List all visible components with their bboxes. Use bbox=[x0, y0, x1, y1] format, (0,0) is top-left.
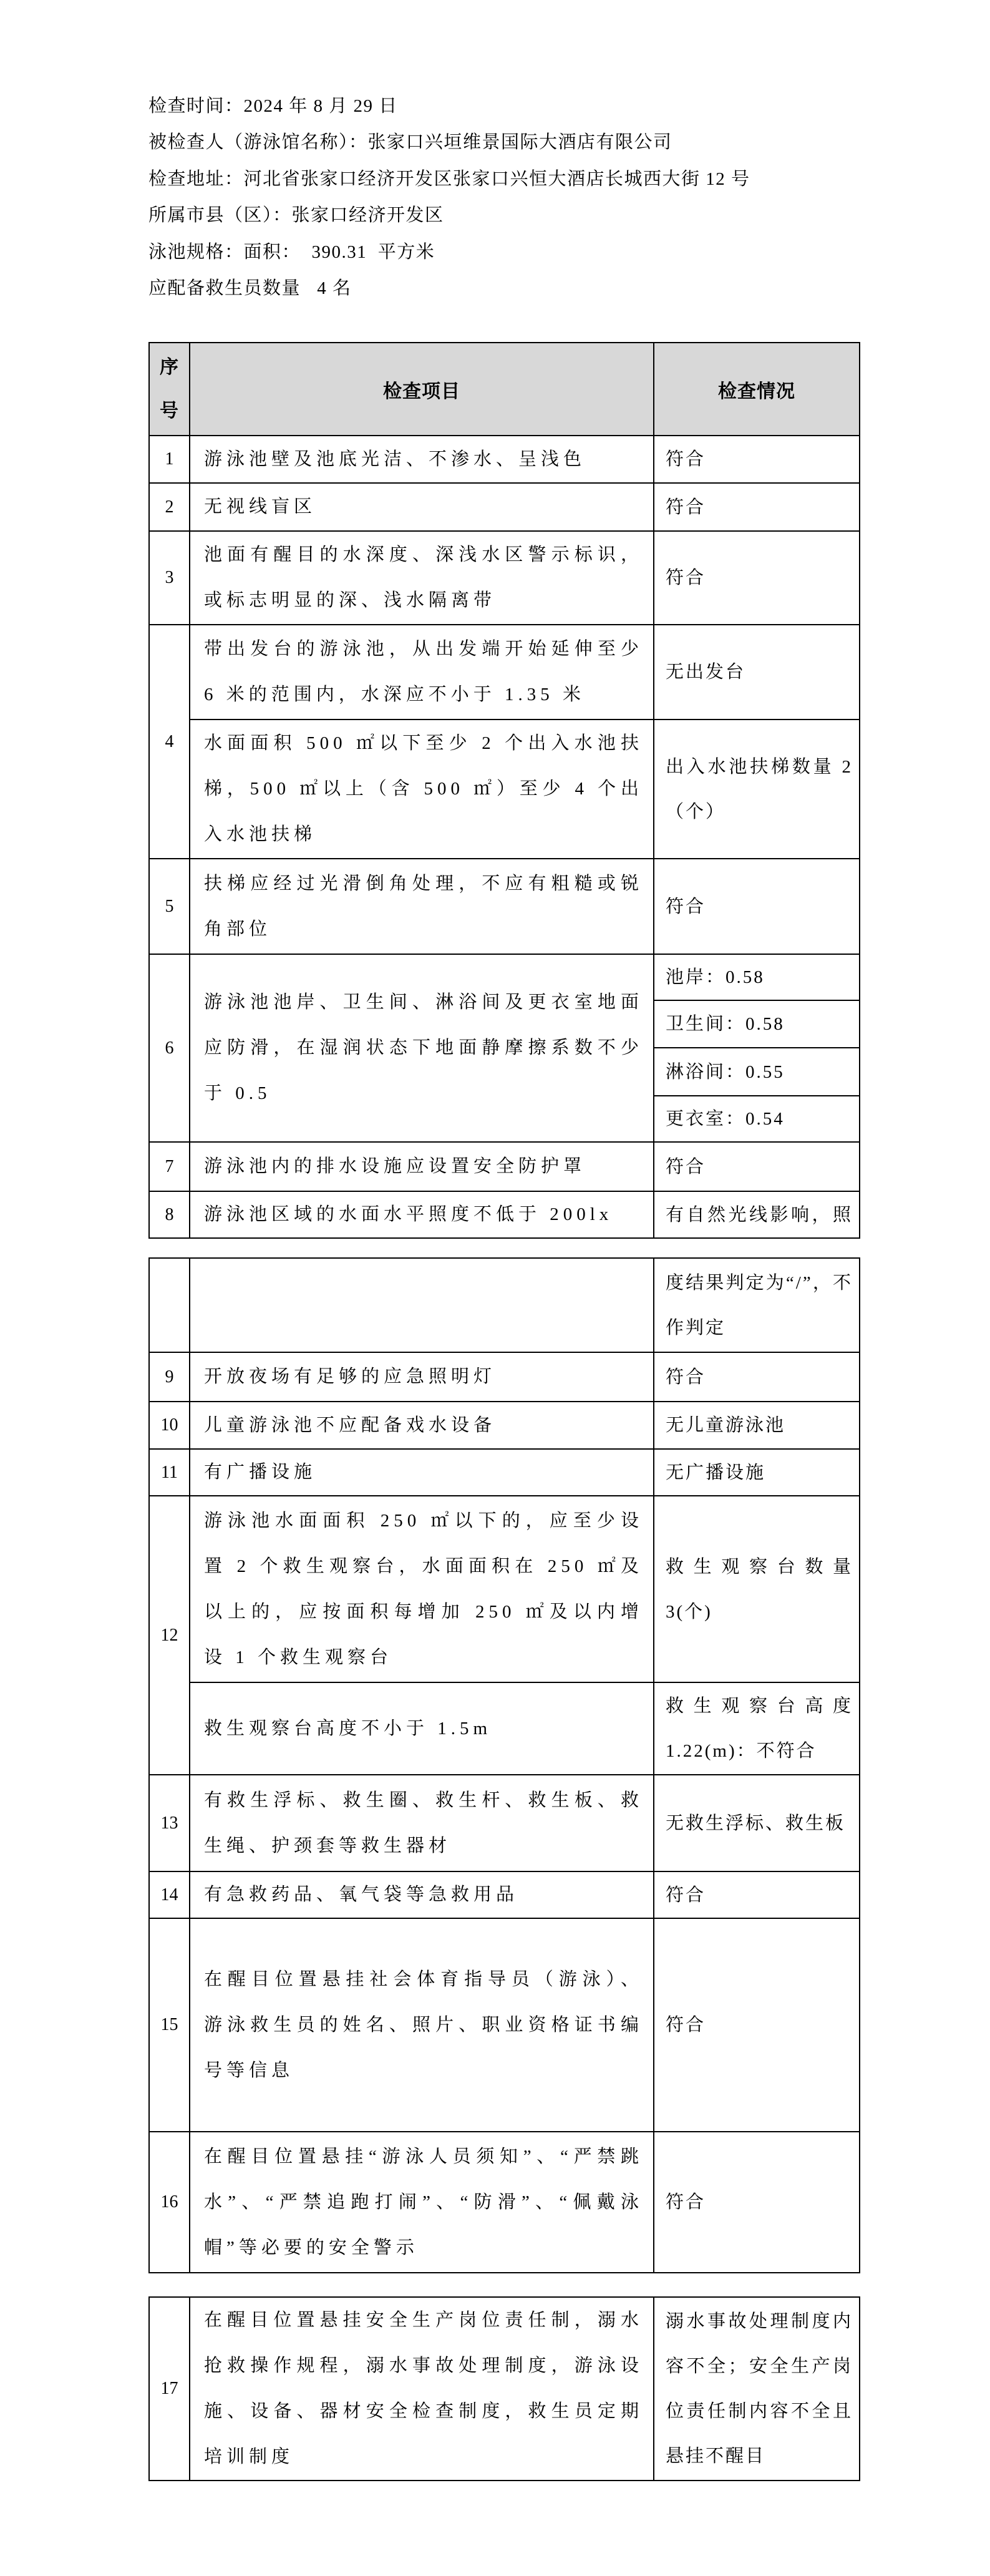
table-row: 14 有急救药品、氧气袋等急救用品 符合 bbox=[149, 1871, 860, 1918]
header-item: 检查项目 bbox=[190, 343, 654, 436]
row-result: 度结果判定为“/”，不作判定 bbox=[654, 1258, 860, 1352]
info-check-address: 检查地址：河北省张家口经济开发区张家口兴恒大酒店长城西大街 12 号 bbox=[148, 161, 860, 197]
table-row: 7 游泳池内的排水设施应设置安全防护罩 符合 bbox=[149, 1142, 860, 1191]
row-result: 符合 bbox=[654, 483, 860, 531]
table-row: 10 儿童游泳池不应配备戏水设备 无儿童游泳池 bbox=[149, 1402, 860, 1449]
row-result: 有自然光线影响，照 bbox=[654, 1191, 860, 1238]
row-item: 游泳池池岸、卫生间、淋浴间及更衣室地面应防滑，在湿润状态下地面静摩擦系数不少于 … bbox=[190, 954, 654, 1142]
row-result: 无出发台 bbox=[654, 625, 860, 720]
row-no: 16 bbox=[149, 2132, 190, 2273]
info-pool-spec: 泳池规格：面积： 390.31 平方米 bbox=[148, 234, 860, 270]
row-item: 在醒目位置悬挂安全生产岗位责任制，溺水抢救操作规程，溺水事故处理制度，游泳设施、… bbox=[190, 2297, 654, 2481]
row-result: 符合 bbox=[654, 859, 860, 954]
row-no: 10 bbox=[149, 1402, 190, 1449]
row-no: 8 bbox=[149, 1191, 190, 1238]
row-item: 游泳池水面面积 250 ㎡以下的，应至少设置 2 个救生观察台，水面面积在 25… bbox=[190, 1496, 654, 1682]
row-result: 出入水池扶梯数量 2（个） bbox=[654, 720, 860, 859]
row-result: 无救生浮标、救生板 bbox=[654, 1775, 860, 1871]
row-result: 符合 bbox=[654, 1871, 860, 1918]
table-row: 13 有救生浮标、救生圈、救生杆、救生板、救生绳、护颈套等救生器材 无救生浮标、… bbox=[149, 1775, 860, 1871]
inspection-table-page1: 序号 检查项目 检查情况 1 游泳池壁及池底光洁、不渗水、呈浅色 符合 2 无视… bbox=[148, 342, 860, 1239]
row-no: 4 bbox=[149, 625, 190, 859]
row-no: 5 bbox=[149, 859, 190, 954]
row-no: 2 bbox=[149, 483, 190, 531]
row-item: 在醒目位置悬挂“游泳人员须知”、“严禁跳水”、“严禁追跑打闹”、“防滑”、“佩戴… bbox=[190, 2132, 654, 2273]
row-result: 符合 bbox=[654, 531, 860, 625]
row-item: 无视线盲区 bbox=[190, 483, 654, 531]
page-break-gap bbox=[148, 2273, 860, 2296]
row-result: 淋浴间：0.55 bbox=[654, 1048, 860, 1096]
row-result: 无儿童游泳池 bbox=[654, 1402, 860, 1449]
table-row: 5 扶梯应经过光滑倒角处理，不应有粗糙或锐角部位 符合 bbox=[149, 859, 860, 954]
row-item: 儿童游泳池不应配备戏水设备 bbox=[190, 1402, 654, 1449]
table-row: 水面面积 500 ㎡以下至少 2 个出入水池扶梯，500 ㎡以上（含 500 ㎡… bbox=[149, 720, 860, 859]
inspection-table-page2: 度结果判定为“/”，不作判定 9 开放夜场有足够的应急照明灯 符合 10 儿童游… bbox=[148, 1257, 860, 2273]
table-row: 2 无视线盲区 符合 bbox=[149, 483, 860, 531]
table-row: 9 开放夜场有足够的应急照明灯 符合 bbox=[149, 1352, 860, 1402]
row-item: 在醒目位置悬挂社会体育指导员（游泳）、游泳救生员的姓名、照片、职业资格证书编号等… bbox=[190, 1918, 654, 2132]
table-row: 4 带出发台的游泳池，从出发端开始延伸至少 6 米的范围内，水深应不小于 1.3… bbox=[149, 625, 860, 720]
row-no-empty bbox=[149, 1258, 190, 1352]
row-no: 12 bbox=[149, 1496, 190, 1775]
row-result: 池岸：0.58 bbox=[654, 954, 860, 1000]
table-row: 12 游泳池水面面积 250 ㎡以下的，应至少设置 2 个救生观察台，水面面积在… bbox=[149, 1496, 860, 1682]
info-inspected-party: 被检查人（游泳馆名称）：张家口兴垣维景国际大酒店有限公司 bbox=[148, 124, 860, 160]
row-item: 有广播设施 bbox=[190, 1449, 654, 1496]
row-item: 扶梯应经过光滑倒角处理，不应有粗糙或锐角部位 bbox=[190, 859, 654, 954]
document-page: 检查时间：2024 年 8 月 29 日 被检查人（游泳馆名称）：张家口兴垣维景… bbox=[148, 0, 860, 2481]
row-result: 更衣室：0.54 bbox=[654, 1096, 860, 1142]
table-row: 8 游泳池区域的水面水平照度不低于 200lx 有自然光线影响，照 bbox=[149, 1191, 860, 1238]
table-row: 17 在醒目位置悬挂安全生产岗位责任制，溺水抢救操作规程，溺水事故处理制度，游泳… bbox=[149, 2297, 860, 2481]
table-row: 16 在醒目位置悬挂“游泳人员须知”、“严禁跳水”、“严禁追跑打闹”、“防滑”、… bbox=[149, 2132, 860, 2273]
table-row: 15 在醒目位置悬挂社会体育指导员（游泳）、游泳救生员的姓名、照片、职业资格证书… bbox=[149, 1918, 860, 2132]
row-no: 6 bbox=[149, 954, 190, 1142]
row-no: 15 bbox=[149, 1918, 190, 2132]
row-item: 水面面积 500 ㎡以下至少 2 个出入水池扶梯，500 ㎡以上（含 500 ㎡… bbox=[190, 720, 654, 859]
row-result: 无广播设施 bbox=[654, 1449, 860, 1496]
header-result: 检查情况 bbox=[654, 343, 860, 436]
table-header-row: 序号 检查项目 检查情况 bbox=[149, 343, 860, 436]
row-result: 卫生间：0.58 bbox=[654, 1000, 860, 1048]
row-item: 有急救药品、氧气袋等急救用品 bbox=[190, 1871, 654, 1918]
row-item: 有救生浮标、救生圈、救生杆、救生板、救生绳、护颈套等救生器材 bbox=[190, 1775, 654, 1871]
row-item-empty bbox=[190, 1258, 654, 1352]
row-no: 3 bbox=[149, 531, 190, 625]
row-no: 11 bbox=[149, 1449, 190, 1496]
row-no: 7 bbox=[149, 1142, 190, 1191]
row-result: 符合 bbox=[654, 1918, 860, 2132]
table-row: 救生观察台高度不小于 1.5m 救生观察台高度 1.22(m)：不符合 bbox=[149, 1682, 860, 1775]
table-row: 3 池面有醒目的水深度、深浅水区警示标识，或标志明显的深、浅水隔离带 符合 bbox=[149, 531, 860, 625]
table-row: 6 游泳池池岸、卫生间、淋浴间及更衣室地面应防滑，在湿润状态下地面静摩擦系数不少… bbox=[149, 954, 860, 1000]
table-row-continuation: 度结果判定为“/”，不作判定 bbox=[149, 1258, 860, 1352]
row-item: 救生观察台高度不小于 1.5m bbox=[190, 1682, 654, 1775]
info-check-time: 检查时间：2024 年 8 月 29 日 bbox=[148, 88, 860, 124]
info-district: 所属市县（区）：张家口经济开发区 bbox=[148, 197, 860, 233]
row-no: 1 bbox=[149, 436, 190, 483]
row-result: 符合 bbox=[654, 436, 860, 483]
row-result: 救生观察台数量 3(个) bbox=[654, 1496, 860, 1682]
table-row: 1 游泳池壁及池底光洁、不渗水、呈浅色 符合 bbox=[149, 436, 860, 483]
row-result: 符合 bbox=[654, 1352, 860, 1402]
inspection-info-block: 检查时间：2024 年 8 月 29 日 被检查人（游泳馆名称）：张家口兴垣维景… bbox=[148, 0, 860, 306]
page-break-gap bbox=[148, 1239, 860, 1257]
inspection-table-page3: 17 在醒目位置悬挂安全生产岗位责任制，溺水抢救操作规程，溺水事故处理制度，游泳… bbox=[148, 2296, 860, 2481]
row-no: 17 bbox=[149, 2297, 190, 2481]
header-no: 序号 bbox=[149, 343, 190, 436]
row-result: 符合 bbox=[654, 1142, 860, 1191]
info-lifeguard-count: 应配备救生员数量 4 名 bbox=[148, 270, 860, 306]
table-row: 11 有广播设施 无广播设施 bbox=[149, 1449, 860, 1496]
row-result: 溺水事故处理制度内容不全；安全生产岗位责任制内容不全且悬挂不醒目 bbox=[654, 2297, 860, 2481]
row-no: 13 bbox=[149, 1775, 190, 1871]
row-item: 带出发台的游泳池，从出发端开始延伸至少 6 米的范围内，水深应不小于 1.35 … bbox=[190, 625, 654, 720]
row-no: 14 bbox=[149, 1871, 190, 1918]
row-result: 救生观察台高度 1.22(m)：不符合 bbox=[654, 1682, 860, 1775]
row-item: 池面有醒目的水深度、深浅水区警示标识，或标志明显的深、浅水隔离带 bbox=[190, 531, 654, 625]
row-no: 9 bbox=[149, 1352, 190, 1402]
row-item: 游泳池内的排水设施应设置安全防护罩 bbox=[190, 1142, 654, 1191]
row-item: 开放夜场有足够的应急照明灯 bbox=[190, 1352, 654, 1402]
row-item: 游泳池壁及池底光洁、不渗水、呈浅色 bbox=[190, 436, 654, 483]
row-item: 游泳池区域的水面水平照度不低于 200lx bbox=[190, 1191, 654, 1238]
row-result: 符合 bbox=[654, 2132, 860, 2273]
